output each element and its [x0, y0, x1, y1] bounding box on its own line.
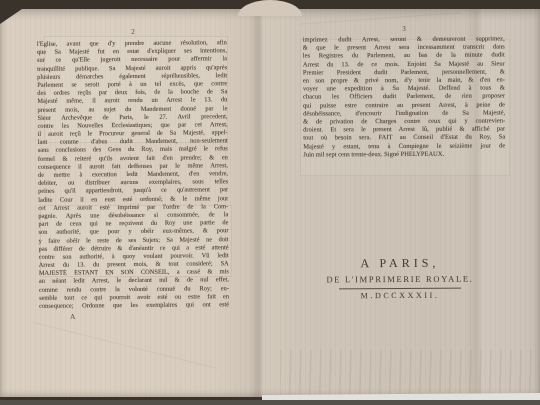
imprint-block: A PARIS, DE L'IMPRIMERIE ROYALE. M.DCCXX…: [308, 256, 492, 301]
table-background: [0, 400, 540, 405]
signature-mark: A: [70, 312, 75, 321]
imprint-publisher-line: DE L'IMPRIMERIE ROYALE.: [308, 274, 492, 285]
imprint-city-line: A PARIS,: [308, 256, 492, 272]
right-page-number: 3: [303, 25, 505, 33]
photo-background: { "pages": { "left": { "number": "2", "l…: [0, 0, 540, 405]
left-page-text: l'Eglise, avant que d'y prendre aucune r…: [37, 39, 229, 311]
text-line: Majesté y estant, tenu à Compiegne le se…: [303, 142, 505, 151]
corner-shadow: [0, 9, 22, 24]
paper-fold-edge: [238, 0, 302, 16]
text-line: consequence; Ordonne que les exemplaires…: [39, 301, 229, 311]
imprint-year-line: M.DCCXXXII.: [308, 291, 492, 301]
right-page-text: imprimez dudit Arrest, seront & demeurer…: [303, 35, 506, 159]
left-page-number: 2: [38, 28, 228, 36]
text-line: Juin mil sept cens trente-deux. Signé PH…: [303, 150, 505, 159]
paper-wrinkles: [280, 350, 540, 395]
imprint-rule: [339, 288, 461, 290]
